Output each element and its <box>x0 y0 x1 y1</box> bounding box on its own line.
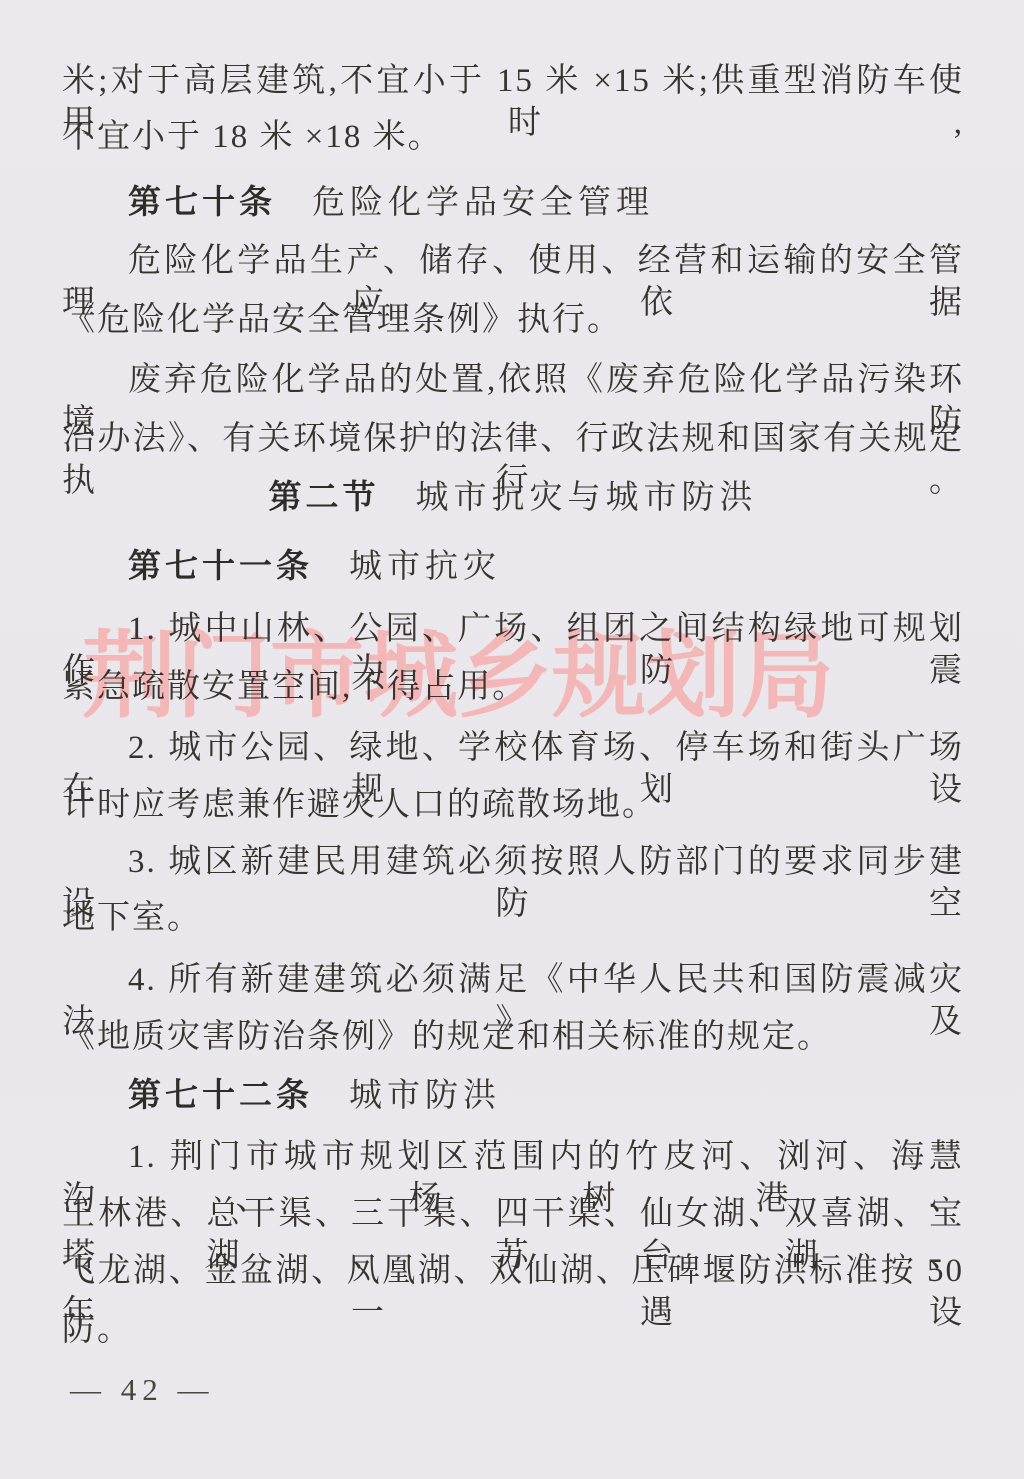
art71-item3-line-2: 地下室。 <box>62 897 964 939</box>
page-number: — 42 — <box>70 1372 215 1408</box>
article-71-title: 城市抗灾 <box>349 549 501 585</box>
scanned-document-page: 荆门市城乡规划局 米;对于高层建筑,不宜小于 15 米 ×15 米;供重型消防车… <box>0 0 1024 1479</box>
article-71-heading: 第七十一条城市抗灾 <box>62 546 964 588</box>
intro-line-2: 不宜小于 18 米 ×18 米。 <box>62 116 964 158</box>
section-2-heading: 第二节城市抗灾与城市防洪 <box>62 477 964 519</box>
art71-item1-line-2: 紧急疏散安置空间,不得占用。 <box>62 666 964 708</box>
article-70-number: 第七十条 <box>128 185 276 221</box>
art71-item2-line-2: 计时应考虑兼作避灾人口的疏散场地。 <box>62 784 964 826</box>
art70-para1-line-2: 《危险化学品安全管理条例》执行。 <box>62 299 964 341</box>
article-72-title: 城市防洪 <box>349 1078 501 1114</box>
article-70-heading: 第七十条危险化学品安全管理 <box>62 182 964 224</box>
art71-item4-line-2: 《地质灾害防治条例》的规定和相关标准的规定。 <box>62 1016 964 1058</box>
section-2-title: 城市抗灾与城市防洪 <box>416 480 758 516</box>
article-71-number: 第七十一条 <box>128 549 313 585</box>
article-70-title: 危险化学品安全管理 <box>312 185 654 221</box>
article-72-number: 第七十二条 <box>128 1078 313 1114</box>
art72-item1-line-4: 防。 <box>62 1309 964 1351</box>
section-2-number: 第二节 <box>269 480 380 516</box>
document-text-layer: 米;对于高层建筑,不宜小于 15 米 ×15 米;供重型消防车使用时, 不宜小于… <box>0 0 1024 1479</box>
article-72-heading: 第七十二条城市防洪 <box>62 1075 964 1117</box>
